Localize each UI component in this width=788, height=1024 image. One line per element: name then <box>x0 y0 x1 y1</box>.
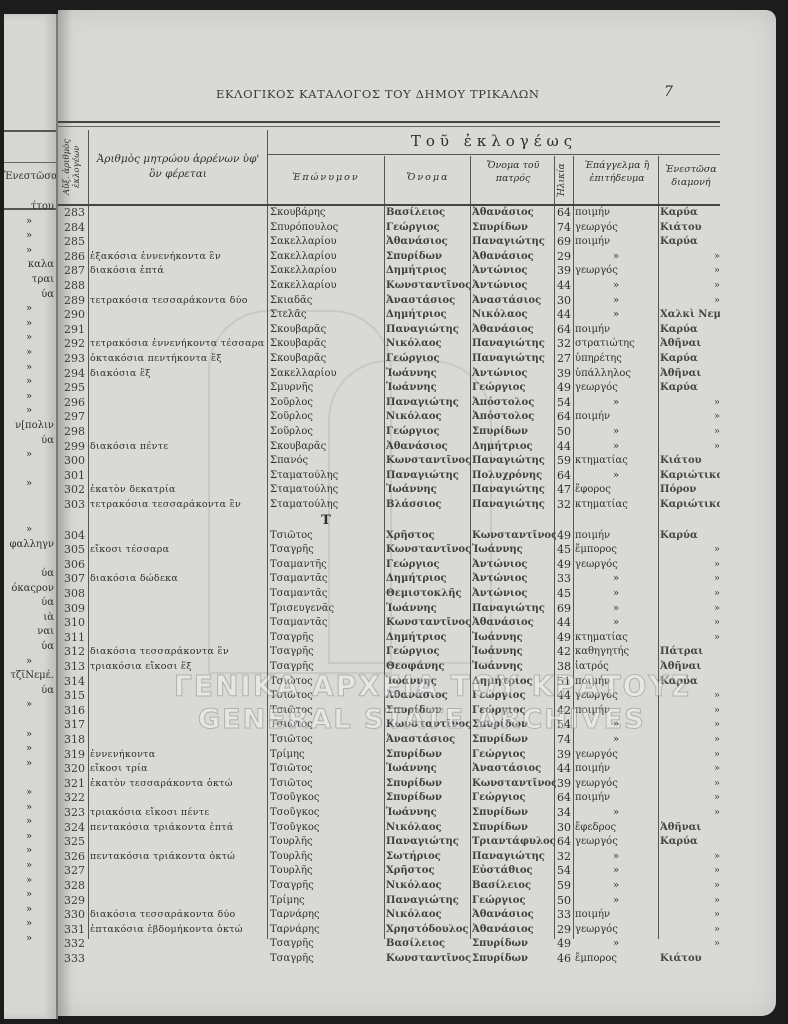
serial-number-cell: 313 <box>58 660 85 675</box>
residence-cell: » <box>660 748 720 763</box>
father-name-cell: Τριαντάφυλος <box>472 835 556 850</box>
occupation-cell: ἔμπορος <box>575 952 657 967</box>
registry-number-cell: εἴκοσι τρία <box>90 762 266 777</box>
serial-number-cell: 311 <box>58 631 85 646</box>
occupation-cell: ἔφορος <box>575 483 657 498</box>
residence-cell: » <box>660 410 720 425</box>
residence-cell: » <box>660 440 720 455</box>
running-head: ΕΚΛΟΓΙΚΟΣ ΚΑΤΑΛΟΓΟΣ ΤΟΥ ΔΗΜΟΥ ΤΡΙΚΑΛΩΝ <box>216 87 540 101</box>
previous-page-header-rule <box>4 162 56 163</box>
table-header: Αὔξ. ἀριθμὸς ἐκλογέων Ἀριθμὸς μητρώου ἀρ… <box>58 130 720 206</box>
first-name-cell: Κωνσταντῖνος <box>386 952 472 967</box>
father-name-cell: Κωνσταντῖνος <box>472 529 556 544</box>
table-row: 285ΣακελλαρίουἈθανάσιοςΠαναγιώτης69ποιμή… <box>58 235 720 250</box>
father-name-cell: Κωνσταντῖνος <box>472 777 556 792</box>
first-name-cell: Γεώργιος <box>386 352 472 367</box>
previous-page-cell: ύα <box>4 567 54 582</box>
residence-cell: Κιάτου <box>660 221 720 236</box>
age-cell: 47 <box>555 483 571 498</box>
previous-page-cell: » <box>4 917 54 932</box>
occupation-cell: καθηγητής <box>575 645 657 660</box>
father-name-cell: Ἀντώνιος <box>472 558 556 573</box>
surname-cell: Σακελλαρίου <box>270 250 382 265</box>
header-serial-number: Αὔξ. ἀριθμὸς ἐκλογέων <box>62 132 86 202</box>
surname-cell: Σκουβαρᾶς <box>270 440 382 455</box>
age-cell: 30 <box>555 821 571 836</box>
father-name-cell: Ἀθανάσιος <box>472 323 556 338</box>
table-row: 311ΤσαγρῆςΔημήτριοςἸωάννης49κτηματίας» <box>58 631 720 646</box>
serial-number-cell: 314 <box>58 675 85 690</box>
table-row: 333ΤσαγρῆςΚωνσταντῖνοςΣπυρίδων46ἔμποροςΚ… <box>58 952 720 967</box>
occupation-cell: ὑπάλληλος <box>575 367 657 382</box>
previous-page-cell: » <box>4 801 54 816</box>
age-cell: 54 <box>555 864 571 879</box>
serial-number-cell: 284 <box>58 221 85 236</box>
age-cell: 49 <box>555 558 571 573</box>
father-name-cell: Ἀπόστολος <box>472 396 556 411</box>
table-row: 331ἑπτακόσια ἑβδομήκοντα ὀκτώΤαρνάρηςΧρη… <box>58 923 720 938</box>
registry-number-cell: διακόσια τεσσαράκοντα ἓν <box>90 645 266 660</box>
first-name-cell: Δημήτριος <box>386 631 472 646</box>
occupation-cell: ποιμήν <box>575 791 657 806</box>
first-name-cell: Χρῆστος <box>386 864 472 879</box>
surname-cell: Σταματούλης <box>270 483 382 498</box>
surname-cell: Σπανός <box>270 454 382 469</box>
surname-cell: Τρισευγενᾶς <box>270 602 382 617</box>
first-name-cell: Ἰωάννης <box>386 367 472 382</box>
surname-cell: Τρίμης <box>270 894 382 909</box>
header-father-name: Ὄνομα τοῦ πατρός <box>478 160 548 185</box>
first-name-cell: Δημήτριος <box>386 264 472 279</box>
first-name-cell: Παναγιώτης <box>386 835 472 850</box>
previous-page-cell: ύα <box>4 596 54 611</box>
serial-number-cell: 289 <box>58 294 85 309</box>
previous-page-cell: » <box>4 361 54 376</box>
father-name-cell: Σπυρίδων <box>472 937 556 952</box>
serial-number-cell: 300 <box>58 454 85 469</box>
previous-page-cell: ύα <box>4 434 54 449</box>
first-name-cell: Ἰωάννης <box>386 762 472 777</box>
residence-cell: » <box>660 425 720 440</box>
residence-cell: » <box>660 558 720 573</box>
serial-number-cell: 322 <box>58 791 85 806</box>
registry-number-cell: τετρακόσια τεσσαράκοντα δύο <box>90 294 266 309</box>
table-row: 323τριακόσια εἴκοσι πέντεΤσοῦγκοςἸωάννης… <box>58 806 720 821</box>
residence-cell: Καρύα <box>660 206 720 221</box>
first-name-cell: Σπυρίδων <box>386 250 472 265</box>
first-name-cell: Κωνσταντῖνος <box>386 279 472 294</box>
previous-page-cell: ύα <box>4 640 54 655</box>
serial-number-cell: 290 <box>58 308 85 323</box>
registry-number-cell: τετρακόσια τεσσαράκοντα ἓν <box>90 498 266 513</box>
first-name-cell: Δημήτριος <box>386 308 472 323</box>
serial-number-cell: 302 <box>58 483 85 498</box>
previous-page-cell: » <box>4 229 54 244</box>
age-cell: 69 <box>555 235 571 250</box>
serial-number-cell: 305 <box>58 543 85 558</box>
residence-cell: » <box>660 704 720 719</box>
occupation-cell: ἔφεδρος <box>575 821 657 836</box>
first-name-cell: Σπυρίδων <box>386 748 472 763</box>
previous-page-cell: ύα <box>4 684 54 699</box>
first-name-cell: Ἀθανάσιος <box>386 235 472 250</box>
table-row: 309ΤρισευγενᾶςἸωάννηςΠαναγιώτης69»» <box>58 602 720 617</box>
surname-cell: Τσιῶτος <box>270 733 382 748</box>
registry-number-cell: ὀκτακόσια πεντήκοντα ἕξ <box>90 352 266 367</box>
first-name-cell: Σπυρίδων <box>386 777 472 792</box>
occupation-cell: γεωργός <box>575 558 657 573</box>
occupation-cell: » <box>575 294 657 309</box>
serial-number-cell: 307 <box>58 572 85 587</box>
header-voter-group: Τοῦ ἐκλογέως <box>268 130 720 152</box>
previous-page-cell: » <box>4 786 54 801</box>
occupation-cell: » <box>575 806 657 821</box>
surname-cell: Σακελλαρίου <box>270 279 382 294</box>
father-name-cell: Ἀθανάσιος <box>472 206 556 221</box>
residence-cell: » <box>660 850 720 865</box>
residence-cell: » <box>660 396 720 411</box>
occupation-cell: κτηματίας <box>575 498 657 513</box>
surname-cell: Τσαγρῆς <box>270 937 382 952</box>
previous-page-cell: » <box>4 859 54 874</box>
first-name-cell: Παναγιώτης <box>386 469 472 484</box>
residence-cell: Ἀθῆναι <box>660 821 720 836</box>
first-name-cell: Ἀθανάσιος <box>386 440 472 455</box>
table-row: 300ΣπανόςΚωνσταντῖνοςΠαναγιώτης59κτηματί… <box>58 454 720 469</box>
surname-cell: Τρίμης <box>270 748 382 763</box>
table-row: 318ΤσιῶτοςἈναστάσιοςΣπυρίδων74»» <box>58 733 720 748</box>
father-name-cell: Ἀντώνιος <box>472 279 556 294</box>
father-name-cell: Ἀθανάσιος <box>472 616 556 631</box>
surname-cell: Σκιαδᾶς <box>270 294 382 309</box>
age-cell: 39 <box>555 264 571 279</box>
surname-cell: Σακελλαρίου <box>270 264 382 279</box>
occupation-cell: ὑπηρέτης <box>575 352 657 367</box>
column-divider <box>384 156 385 204</box>
age-cell: 49 <box>555 937 571 952</box>
previous-page-cell: φαλληγν <box>4 538 54 553</box>
occupation-cell: ποιμήν <box>575 410 657 425</box>
surname-cell: Τσιῶτος <box>270 762 382 777</box>
first-name-cell: Σωτήριος <box>386 850 472 865</box>
table-row: 319ἐννενήκονταΤρίμηςΣπυρίδωνΓεώργιος39γε… <box>58 748 720 763</box>
serial-number-cell: 327 <box>58 864 85 879</box>
table-row: 303τετρακόσια τεσσαράκοντα ἓνΣταματούλης… <box>58 498 720 513</box>
table-row: 330διακόσια τεσσαράκοντα δύοΤαρνάρηςΝικό… <box>58 908 720 923</box>
residence-cell: » <box>660 806 720 821</box>
age-cell: 49 <box>555 631 571 646</box>
serial-number-cell: 324 <box>58 821 85 836</box>
father-name-cell: Ἰωάννης <box>472 543 556 558</box>
first-name-cell: Γεώργιος <box>386 645 472 660</box>
serial-number-cell: 287 <box>58 264 85 279</box>
previous-page-cell <box>4 552 54 567</box>
residence-cell: » <box>660 937 720 952</box>
age-cell: 39 <box>555 777 571 792</box>
table-row: 296ΣοῦρλοςΠαναγιώτηςἈπόστολος54»» <box>58 396 720 411</box>
table-row: 302ἑκατὸν δεκατρίαΣταματούληςἸωάννηςΠανα… <box>58 483 720 498</box>
surname-cell: Σπυρόπουλος <box>270 221 382 236</box>
previous-page-cell: » <box>4 815 54 830</box>
first-name-cell: Ἀναστάσιος <box>386 294 472 309</box>
serial-number-cell: 315 <box>58 689 85 704</box>
table-row: 324πεντακόσια τριάκοντα ἑπτάΤσοῦγκοςΝικό… <box>58 821 720 836</box>
previous-page-cell <box>4 771 54 786</box>
surname-cell: Τσιῶτος <box>270 529 382 544</box>
father-name-cell: Ἀναστάσιος <box>472 294 556 309</box>
first-name-cell: Παναγιώτης <box>386 894 472 909</box>
father-name-cell: Παναγιώτης <box>472 337 556 352</box>
occupation-cell: στρατιώτης <box>575 337 657 352</box>
surname-cell: Τουρλῆς <box>270 864 382 879</box>
surname-cell: Τσαμαντῆς <box>270 558 382 573</box>
table-row: 326πεντακόσια τριάκοντα ὀκτώΤουρλῆςΣωτήρ… <box>58 850 720 865</box>
residence-cell: Χαλκὶ Νεμέ. <box>660 308 720 323</box>
serial-number-cell: 303 <box>58 498 85 513</box>
occupation-cell: γεωργός <box>575 777 657 792</box>
table-row: 301ΣταματούληςΠαναγιώτηςΠολυχρόνης64»Καρ… <box>58 469 720 484</box>
registry-number-cell: διακόσια ἕξ <box>90 367 266 382</box>
occupation-cell: » <box>575 425 657 440</box>
first-name-cell: Θεμιστοκλῆς <box>386 587 472 602</box>
residence-cell: » <box>660 894 720 909</box>
father-name-cell: Γεώργιος <box>472 894 556 909</box>
residence-cell: » <box>660 587 720 602</box>
father-name-cell: Ἀθανάσιος <box>472 908 556 923</box>
father-name-cell: Παναγιώτης <box>472 602 556 617</box>
serial-number-cell: 320 <box>58 762 85 777</box>
first-name-cell: Ἰωάννης <box>386 381 472 396</box>
age-cell: 39 <box>555 748 571 763</box>
occupation-cell: γεωργός <box>575 923 657 938</box>
previous-page-cell: » <box>4 404 54 419</box>
previous-page-cell: » <box>4 888 54 903</box>
surname-cell: Τσαμαντᾶς <box>270 616 382 631</box>
table-row: 283ΣκουβάρηςΒασίλειοςἈθανάσιος64ποιμήνΚα… <box>58 206 720 221</box>
surname-cell: Τουρλῆς <box>270 850 382 865</box>
residence-cell: Καρύα <box>660 352 720 367</box>
residence-cell: Καρύα <box>660 529 720 544</box>
surname-cell: Τσαμαντᾶς <box>270 587 382 602</box>
residence-cell: Καρύα <box>660 323 720 338</box>
surname-cell: Σκουβαρᾶς <box>270 352 382 367</box>
surname-cell: Σκουβαρᾶς <box>270 337 382 352</box>
previous-page-cell: ναι <box>4 625 54 640</box>
age-cell: 50 <box>555 425 571 440</box>
table-row: 284ΣπυρόπουλοςΓεώργιοςΣπυρίδων74γεωργόςΚ… <box>58 221 720 236</box>
age-cell: 50 <box>555 894 571 909</box>
residence-cell: » <box>660 543 720 558</box>
residence-cell: Πόρον <box>660 483 720 498</box>
occupation-cell: ποιμήν <box>575 206 657 221</box>
father-name-cell: Γεώργιος <box>472 748 556 763</box>
father-name-cell: Ἀθανάσιος <box>472 923 556 938</box>
registry-number-cell: διακόσια πέντε <box>90 440 266 455</box>
first-name-cell: Γεώργιος <box>386 425 472 440</box>
occupation-cell: » <box>575 440 657 455</box>
previous-page-cell: » <box>4 302 54 317</box>
age-cell: 64 <box>555 835 571 850</box>
first-name-cell: Ἰωάννης <box>386 483 472 498</box>
previous-page-cell: » <box>4 346 54 361</box>
surname-cell: Σοῦρλος <box>270 396 382 411</box>
previous-page-cell: τζῖΝεμέ. <box>4 669 54 684</box>
header-group-rule <box>268 154 720 155</box>
age-cell: 44 <box>555 762 571 777</box>
serial-number-cell: 298 <box>58 425 85 440</box>
age-cell: 64 <box>555 410 571 425</box>
serial-number-cell: 325 <box>58 835 85 850</box>
previous-page-cell: όκαςρον <box>4 582 54 597</box>
first-name-cell: Γεώργιος <box>386 558 472 573</box>
father-name-cell: Ἀναστάσιος <box>472 762 556 777</box>
occupation-cell: » <box>575 879 657 894</box>
previous-page-cell: » <box>4 728 54 743</box>
serial-number-cell: 301 <box>58 469 85 484</box>
first-name-cell: Νικόλαος <box>386 410 472 425</box>
residence-cell: » <box>660 631 720 646</box>
serial-number-cell: 309 <box>58 602 85 617</box>
surname-cell: Τσοῦγκος <box>270 806 382 821</box>
table-row: 292τετρακόσια ἐννενήκοντα τέσσαραΣκουβαρ… <box>58 337 720 352</box>
occupation-cell: » <box>575 733 657 748</box>
previous-page-cell: » <box>4 830 54 845</box>
residence-cell: » <box>660 279 720 294</box>
previous-page-cell <box>4 492 54 507</box>
age-cell: 45 <box>555 543 571 558</box>
table-row: 320εἴκοσι τρίαΤσιῶτοςἸωάννηςἈναστάσιος44… <box>58 762 720 777</box>
first-name-cell: Νικόλαος <box>386 908 472 923</box>
table-row: 321ἑκατὸν τεσσαράκοντα ὀκτώΤσιῶτοςΣπυρίδ… <box>58 777 720 792</box>
residence-cell: Ἀθῆναι <box>660 367 720 382</box>
first-name-cell: Νικόλαος <box>386 337 472 352</box>
father-name-cell: Ἀπόστολος <box>472 410 556 425</box>
occupation-cell: κτηματίας <box>575 454 657 469</box>
father-name-cell: Ἰωάννης <box>472 645 556 660</box>
serial-number-cell: 321 <box>58 777 85 792</box>
father-name-cell: Παναγιώτης <box>472 483 556 498</box>
serial-number-cell: 317 <box>58 718 85 733</box>
surname-cell: Στελᾶς <box>270 308 382 323</box>
serial-number-cell: 292 <box>58 337 85 352</box>
age-cell: 29 <box>555 250 571 265</box>
registry-number-cell: διακόσια δώδεκα <box>90 572 266 587</box>
father-name-cell: Παναγιώτης <box>472 352 556 367</box>
previous-page-strip: Ἐνεστῶσα διαμονή τ́του»»»καλατραιύα»»»»»… <box>4 14 58 1019</box>
surname-cell: Τουρλῆς <box>270 835 382 850</box>
first-name-cell: Νικόλαος <box>386 821 472 836</box>
surname-cell: Σοῦρλος <box>270 410 382 425</box>
occupation-cell: ποιμήν <box>575 235 657 250</box>
serial-number-cell: 318 <box>58 733 85 748</box>
previous-page-cell <box>4 507 54 522</box>
occupation-cell: γεωργός <box>575 264 657 279</box>
table-row: 297ΣοῦρλοςΝικόλαοςἈπόστολος64ποιμήν» <box>58 410 720 425</box>
occupation-cell: » <box>575 469 657 484</box>
surname-cell: Σακελλαρίου <box>270 235 382 250</box>
previous-page-cell: » <box>4 874 54 889</box>
header-first-name: Ὄνομα <box>386 172 470 185</box>
serial-number-cell: 296 <box>58 396 85 411</box>
residence-cell: Καριώτικα <box>660 469 720 484</box>
page-number: 7 <box>664 84 673 100</box>
occupation-cell: ποιμήν <box>575 529 657 544</box>
first-name-cell: Παναγιώτης <box>386 323 472 338</box>
registry-number-cell: ἐννενήκοντα <box>90 748 266 763</box>
serial-number-cell: 323 <box>58 806 85 821</box>
previous-page-cell: » <box>4 844 54 859</box>
previous-page-cell: » <box>4 655 54 670</box>
table-row: 287διακόσια ἑπτάΣακελλαρίουΔημήτριοςἈντώ… <box>58 264 720 279</box>
serial-number-cell: 328 <box>58 879 85 894</box>
table-row: 293ὀκτακόσια πεντήκοντα ἕξΣκουβαρᾶςΓεώργ… <box>58 352 720 367</box>
surname-cell: Σμυρνῆς <box>270 381 382 396</box>
table-row: 306ΤσαμαντῆςΓεώργιοςἈντώνιος49γεωργός» <box>58 558 720 573</box>
father-name-cell: Βασίλειος <box>472 879 556 894</box>
residence-cell: » <box>660 733 720 748</box>
registry-number-cell: ἑξακόσια ἐννενήκοντα ἓν <box>90 250 266 265</box>
occupation-cell: ποιμήν <box>575 323 657 338</box>
registry-number-cell: πεντακόσια τριάκοντα ἑπτά <box>90 821 266 836</box>
serial-number-cell: 285 <box>58 235 85 250</box>
age-cell: 64 <box>555 791 571 806</box>
residence-cell: » <box>660 718 720 733</box>
registry-number-cell: διακόσια ἑπτά <box>90 264 266 279</box>
father-name-cell: Σπυρίδων <box>472 821 556 836</box>
column-divider <box>88 130 89 204</box>
age-cell: 64 <box>555 469 571 484</box>
serial-number-cell: 316 <box>58 704 85 719</box>
table-row: 327ΤουρλῆςΧρῆστοςΕὐστάθιος54»» <box>58 864 720 879</box>
serial-number-cell: 304 <box>58 529 85 544</box>
previous-page-residence-header: Ἐνεστῶσα διαμονή <box>4 170 56 184</box>
serial-number-cell: 297 <box>58 410 85 425</box>
surname-cell: Τσαγρῆς <box>270 952 382 967</box>
residence-cell: » <box>660 572 720 587</box>
serial-number-cell: 330 <box>58 908 85 923</box>
previous-page-cell: » <box>4 903 54 918</box>
table-row: 308ΤσαμαντᾶςΘεμιστοκλῆςἈντώνιος45»» <box>58 587 720 602</box>
serial-number-cell: 319 <box>58 748 85 763</box>
first-name-cell: Κωνσταντῖνος <box>386 616 472 631</box>
occupation-cell: » <box>575 894 657 909</box>
residence-cell: Ἀθῆναι <box>660 337 720 352</box>
residence-cell: Καρύα <box>660 381 720 396</box>
serial-number-cell: 286 <box>58 250 85 265</box>
age-cell: 44 <box>555 616 571 631</box>
table-row: 286ἑξακόσια ἐννενήκοντα ἓνΣακελλαρίουΣπυ… <box>58 250 720 265</box>
register-page: ΕΚΛΟΓΙΚΟΣ ΚΑΤΑΛΟΓΟΣ ΤΟΥ ΔΗΜΟΥ ΤΡΙΚΑΛΩΝ 7… <box>58 10 776 1016</box>
serial-number-cell: 331 <box>58 923 85 938</box>
residence-cell: Καριώτικα <box>660 498 720 513</box>
serial-number-cell: 312 <box>58 645 85 660</box>
age-cell: 44 <box>555 440 571 455</box>
previous-page-cell: » <box>4 932 54 947</box>
serial-number-cell: 333 <box>58 952 85 967</box>
section-letter: Τ <box>270 513 382 529</box>
previous-page-cell: » <box>4 523 54 538</box>
occupation-cell: γεωργός <box>575 221 657 236</box>
father-name-cell: Ἀντώνιος <box>472 572 556 587</box>
table-row: 328ΤσαγρῆςΝικόλαοςΒασίλειος59»» <box>58 879 720 894</box>
occupation-cell: » <box>575 396 657 411</box>
first-name-cell: Παναγιώτης <box>386 396 472 411</box>
age-cell: 54 <box>555 396 571 411</box>
first-name-cell: Νικόλαος <box>386 879 472 894</box>
table-row: 322ΤσοῦγκοςΣπυρίδωνΓεώργιος64ποιμήν» <box>58 791 720 806</box>
age-cell: 44 <box>555 279 571 294</box>
serial-number-cell: 306 <box>58 558 85 573</box>
